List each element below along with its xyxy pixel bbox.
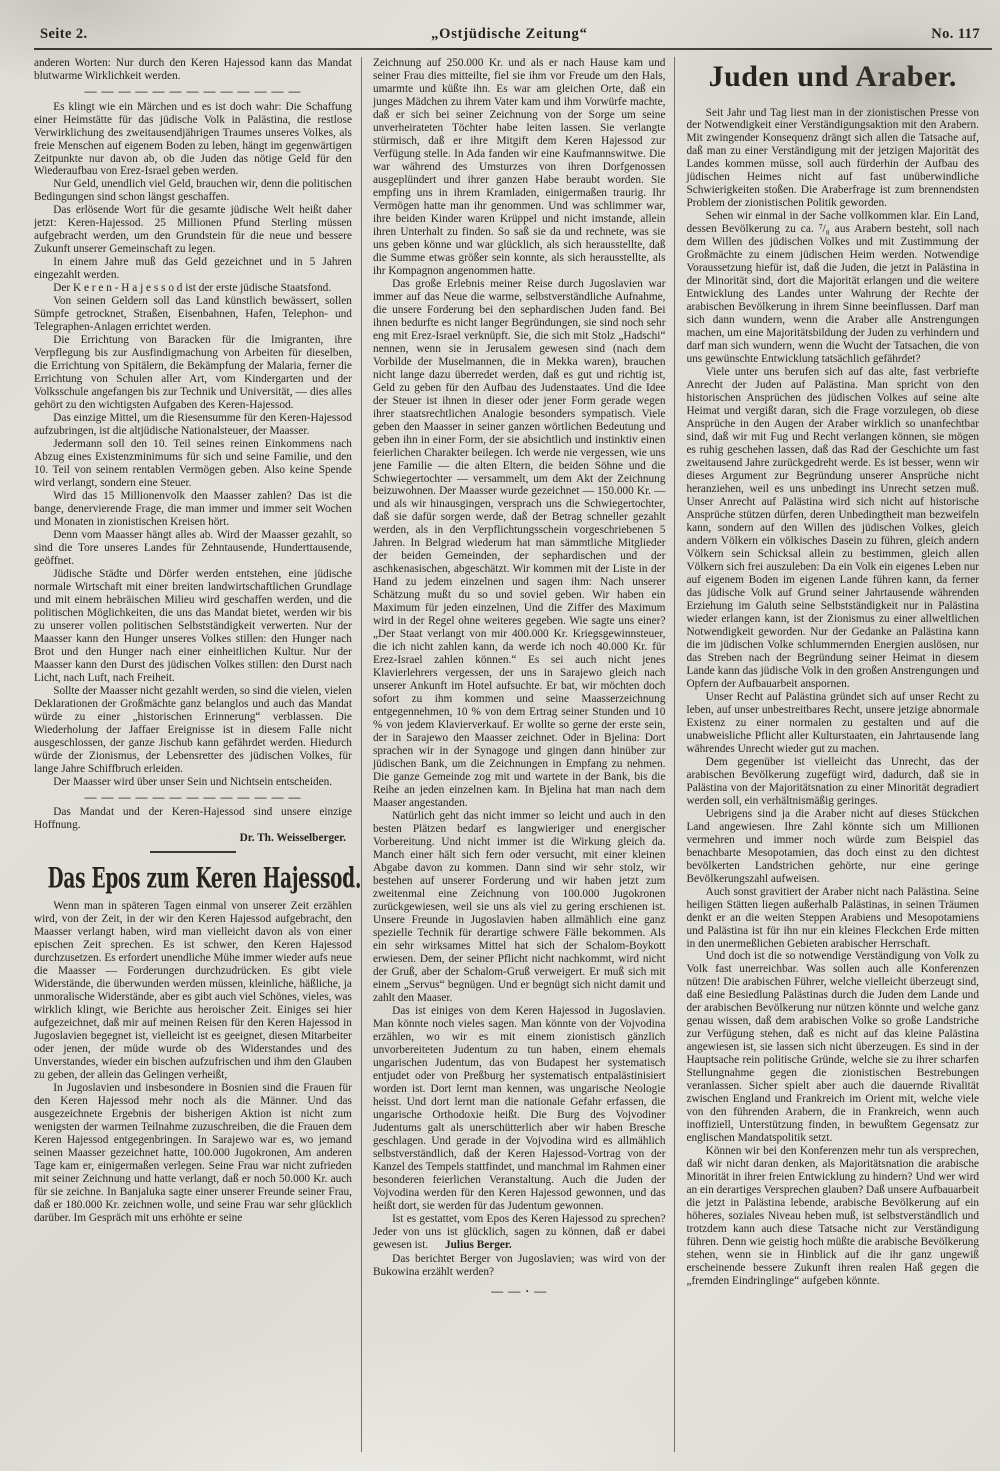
paragraph: Auch sonst gravitiert der Araber nicht n… xyxy=(686,886,979,951)
column-left: anderen Worten: Nur durch den Keren Haje… xyxy=(34,57,361,1452)
paragraph: Nur Geld, unendlich viel Geld, brauchen … xyxy=(34,178,352,204)
page-number-label: Seite 2. xyxy=(40,26,88,43)
paragraph: Sollte der Maasser nicht gezahlt werden,… xyxy=(34,685,352,776)
short-rule xyxy=(150,851,236,853)
paragraph: Der Maasser wird über unser Sein und Nic… xyxy=(34,776,352,789)
paragraph: Seit Jahr und Tag liest man in der zioni… xyxy=(686,107,979,211)
juden-und-araber-article-body: Seit Jahr und Tag liest man in der zioni… xyxy=(686,107,979,1289)
paragraph: Das erlösende Wort für die gesamte jüdis… xyxy=(34,204,352,256)
headline-epos-keren-hajessod: Das Epos zum Keren Hajessod. xyxy=(34,867,352,890)
paragraph: Jüdische Städte und Dörfer werden entste… xyxy=(34,568,352,685)
paragraph: Denn vom Maasser hängt alles ab. Wird de… xyxy=(34,529,352,568)
paragraph: Es klingt wie ein Märchen und es ist doc… xyxy=(34,101,352,179)
paragraph: In einem Jahre muß das Geld gezeichnet u… xyxy=(34,256,352,282)
paragraph: In Jugoslavien und insbesondere in Bosni… xyxy=(34,1082,352,1225)
dashed-separator: — — · — xyxy=(373,1285,666,1298)
paragraph: Sehen wir einmal in der Sache vollkommen… xyxy=(686,210,979,366)
paragraph: Können wir bei den Konferenzen mehr tun … xyxy=(686,1145,979,1288)
author-signature: Julius Berger. xyxy=(445,1239,512,1251)
paragraph: Unser Recht auf Palästina gründet sich a… xyxy=(686,691,979,756)
continuation-text: anderen Worten: Nur durch den Keren Haje… xyxy=(34,57,352,83)
issue-number-label: No. 117 xyxy=(931,26,980,43)
paragraph: Von seinen Geldern soll das Land künstli… xyxy=(34,295,352,334)
paragraph: Zeichnung auf 250.000 Kr. und als er nac… xyxy=(373,57,666,278)
paragraph: Die Errichtung von Baracken für die Imig… xyxy=(34,334,352,412)
epos-article-continuation: Zeichnung auf 250.000 Kr. und als er nac… xyxy=(373,57,666,1213)
paragraph: Dem gegenüber ist vielleicht das Unrecht… xyxy=(686,756,979,808)
paragraph: Das ist einiges von dem Keren Hajessod i… xyxy=(373,1005,666,1213)
column-middle: Zeichnung auf 250.000 Kr. und als er nac… xyxy=(361,57,675,1452)
newspaper-title: „Ostjüdische Zeitung“ xyxy=(431,26,588,43)
paragraph: Der K e r e n - H a j e s s o d ist der … xyxy=(34,282,352,295)
mandat-article-body: Es klingt wie ein Märchen und es ist doc… xyxy=(34,101,352,789)
editor-postscript: Das berichtet Berger von Jugoslavien; wa… xyxy=(373,1253,666,1279)
epos-article-body: Wenn man in späteren Tagen einmal von un… xyxy=(34,900,352,1225)
masthead: Seite 2. „Ostjüdische Zeitung“ No. 117 xyxy=(0,0,1000,48)
paragraph: Jedermann soll den 10. Teil seines reine… xyxy=(34,438,352,490)
paragraph: Wird das 15 Millionenvolk den Maasser za… xyxy=(34,490,352,529)
headline-text: Das Epos zum Keren Hajessod. xyxy=(48,862,362,895)
paragraph: Natürlich geht das nicht immer so leicht… xyxy=(373,810,666,1005)
paragraph: Uebrigens sind ja die Araber nicht auf d… xyxy=(686,808,979,886)
article-columns: anderen Worten: Nur durch den Keren Haje… xyxy=(0,50,1000,1452)
paragraph: Wenn man in späteren Tagen einmal von un… xyxy=(34,900,352,1082)
article-closing-line: Das Mandat und der Keren-Hajessod sind u… xyxy=(34,806,352,832)
paragraph: anderen Worten: Nur durch den Keren Haje… xyxy=(34,57,352,83)
dashed-separator: — — — — — — — — — — — — — xyxy=(34,85,352,98)
paragraph: Und doch ist die so notwendige Verständi… xyxy=(686,950,979,1145)
paragraph: Das einzige Mittel, um die Riesensumme f… xyxy=(34,412,352,438)
final-paragraph-text: Ist es gestattet, vom Epos des Keren Haj… xyxy=(373,1213,666,1251)
paragraph: Viele unter uns berufen sich auf das alt… xyxy=(686,366,979,691)
paragraph: Das große Erlebnis meiner Reise durch Ju… xyxy=(373,278,666,810)
newspaper-page: Seite 2. „Ostjüdische Zeitung“ No. 117 a… xyxy=(0,0,1000,1471)
dashed-separator: — — — — — — — — — — — — — xyxy=(34,791,352,804)
author-signature: Dr. Th. Weisselberger. xyxy=(34,832,352,845)
epos-final-paragraph: Ist es gestattet, vom Epos des Keren Haj… xyxy=(373,1213,666,1252)
column-right: Juden und Araber. Seit Jahr und Tag lies… xyxy=(674,57,988,1452)
headline-juden-und-araber: Juden und Araber. xyxy=(686,60,979,95)
